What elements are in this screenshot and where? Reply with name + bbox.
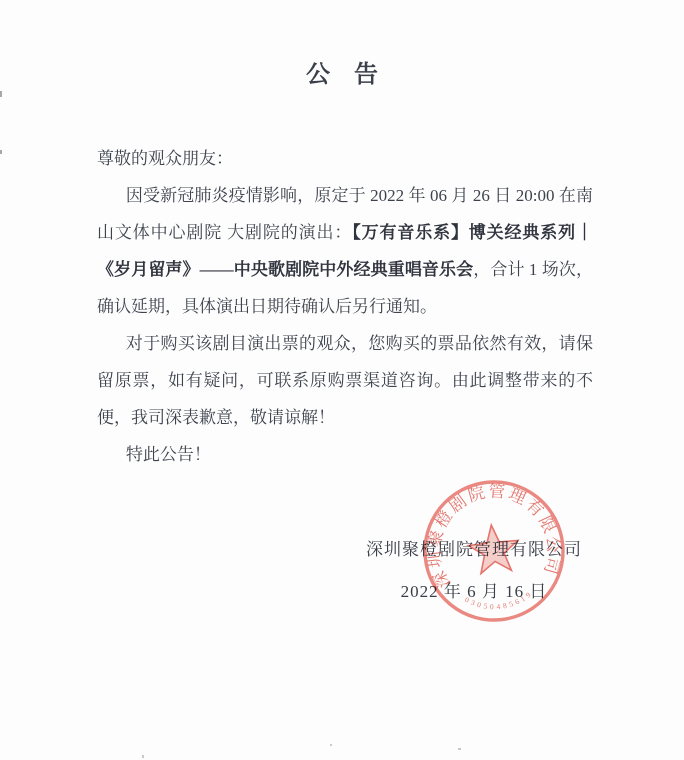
signature-block: 深圳聚橙剧院管理有限公司 2022 年 6 月 16 日 [366, 538, 582, 604]
scan-edge-artifact [0, 150, 2, 154]
paragraph-postponement: 因受新冠肺炎疫情影响，原定于 2022 年 06 月 26 日 20:00 在南… [97, 177, 593, 325]
scan-speck [330, 744, 332, 746]
company-name: 深圳聚橙剧院管理有限公司 [366, 538, 582, 562]
announcement-document: 公 告 尊敬的观众朋友： 因受新冠肺炎疫情影响，原定于 2022 年 06 月 … [0, 0, 684, 760]
signature-date: 2022 年 6 月 16 日 [366, 580, 582, 604]
scan-edge-artifact [0, 91, 2, 97]
salutation-line: 尊敬的观众朋友： [97, 140, 593, 177]
scan-speck [458, 748, 461, 750]
paragraph-ticket-info: 对于购买该剧目演出票的观众，您购买的票品依然有效，请保留原票，如有疑问，可联系原… [97, 325, 593, 436]
paragraph-closing: 特此公告！ [97, 436, 593, 473]
document-body: 尊敬的观众朋友： 因受新冠肺炎疫情影响，原定于 2022 年 06 月 26 日… [97, 140, 593, 473]
scan-speck [142, 755, 144, 758]
page-title: 公 告 [0, 0, 684, 90]
